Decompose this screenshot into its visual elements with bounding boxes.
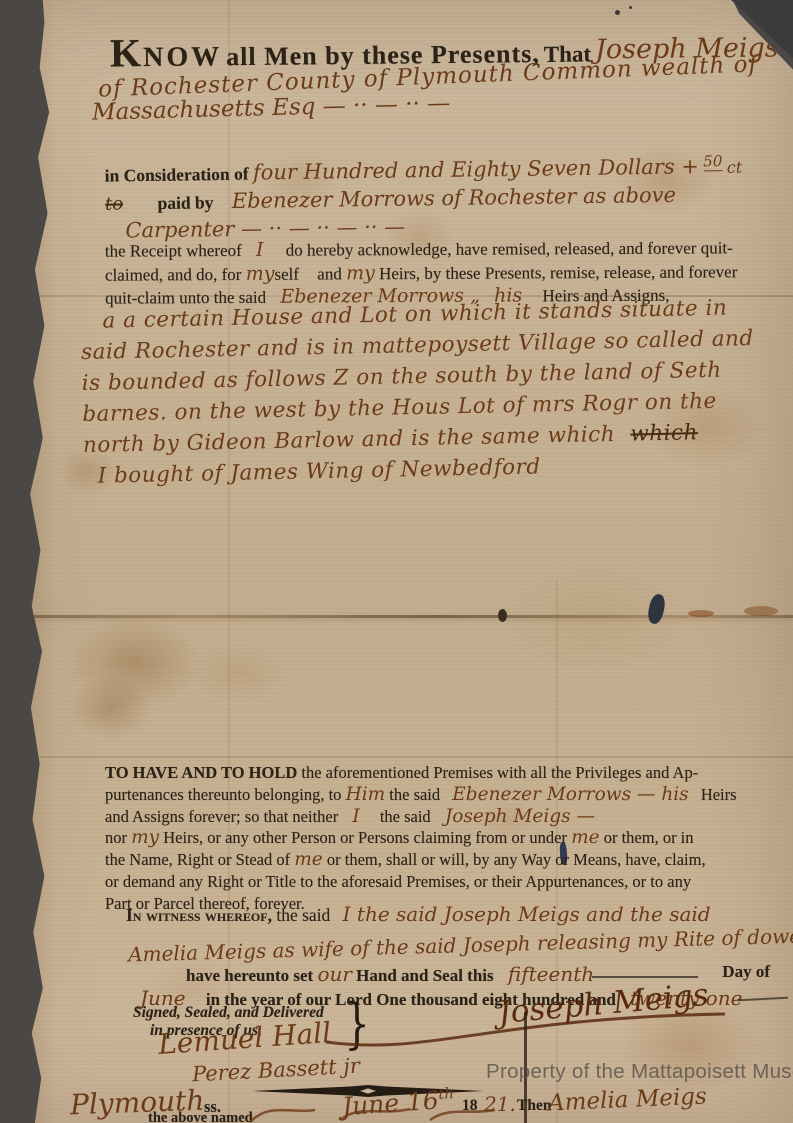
ink-blot-fold [646, 593, 667, 625]
pronoun-handwritten: my [246, 262, 275, 284]
amount-unit: ct [727, 158, 743, 177]
fold-crease-middle [0, 615, 793, 618]
grantee-name-handwritten: Ebenezer Morrows of Rochester as above [232, 183, 676, 213]
signature-flourish [320, 998, 740, 1053]
witness-handwritten: I the said Joseph Meigs and the said [343, 902, 711, 926]
pronoun-handwritten: I [352, 806, 359, 827]
receipt-text: claimed, and do, for [105, 264, 242, 284]
blank-rule-day [592, 976, 698, 978]
witness-signature-2: Perez Bassett jr [191, 1054, 360, 1087]
receipt-text: Heirs, by these Presents, remise, releas… [379, 262, 737, 283]
ink-dot-top-1 [615, 10, 620, 15]
witness-text: the said [276, 905, 330, 925]
habendum-paragraph: TO HAVE AND TO HOLD the aforementioned P… [105, 762, 725, 915]
receipt-text: do hereby acknowledge, have remised, rel… [286, 238, 733, 259]
witness-text: have hereunto set [186, 966, 313, 985]
rust-smear-1 [688, 610, 714, 617]
amount-handwritten: four Hundred and Eighty Seven Dollars + [253, 154, 699, 184]
habendum-line-6: or demand any Right or Title to the afor… [105, 871, 725, 893]
habendum-text: the Name, Right or Stead of [105, 850, 290, 869]
amount-cents: 50 [703, 152, 722, 171]
habendum-text: and Assigns forever; so that neither [105, 807, 338, 826]
to-have-and-to-hold: TO HAVE AND TO HOLD [105, 763, 297, 782]
museum-watermark: Property of the Mattapoisett Museum [486, 1060, 793, 1084]
pronoun-handwritten: my [131, 827, 159, 848]
receipt-text: and [317, 264, 342, 283]
consideration-section: in Consideration of four Hundred and Eig… [104, 147, 790, 245]
paper-sheet: KNOW all Men by these Presents, That Jos… [0, 0, 793, 1123]
pronoun-handwritten: I [256, 239, 264, 261]
fold-crease-lower [0, 756, 793, 758]
ink-dot-top-2 [629, 6, 632, 9]
witness-clause-line-1: In witness whereof, the said I the said … [126, 902, 711, 926]
habendum-text: Heirs, or any other Person or Persons cl… [163, 828, 567, 847]
paid-by-label: paid by [157, 192, 213, 213]
habendum-text: Heirs [701, 785, 737, 804]
habendum-line-4: nor my Heirs, or any other Person or Per… [105, 827, 725, 849]
know-initial: K [110, 30, 144, 75]
grantor-name-handwritten: Joseph Meigs — [445, 806, 595, 827]
blank-rule-year [738, 997, 788, 1001]
struck-word: which [630, 420, 698, 446]
property-description-handwritten: a a certain House and Lot on which it st… [80, 292, 756, 492]
receipt-text: the Receipt whereof [105, 241, 242, 261]
witness-text: Hand and Seal this [356, 966, 493, 985]
ink-blot-small [498, 609, 507, 622]
pronoun-handwritten: our [317, 962, 351, 986]
habendum-text: the said [389, 785, 440, 804]
habendum-text: purtenances thereunto belonging, to [105, 785, 341, 804]
habendum-text: the said [380, 807, 431, 826]
receipt-line-2: claimed, and do, for myself and my Heirs… [105, 260, 727, 287]
grantee-name-handwritten: Ebenezer Morrows — his [452, 784, 688, 805]
know-rest: NOW [143, 41, 222, 73]
rust-smear-2 [744, 606, 778, 616]
struck-word: to [105, 193, 123, 214]
habendum-line-1: TO HAVE AND TO HOLD the aforementioned P… [105, 762, 725, 784]
habendum-line-3: and Assigns forever; so that neither I t… [105, 806, 725, 828]
scanned-deed-photo: KNOW all Men by these Presents, That Jos… [0, 0, 793, 1123]
habendum-line-2: purtenances thereunto belonging, to Him … [105, 784, 725, 806]
consideration-intro: in Consideration of [105, 164, 249, 186]
receipt-line-1: the Receipt whereof I do hereby acknowle… [105, 236, 727, 263]
in-witness-whereof: In witness whereof, [126, 905, 272, 925]
habendum-text: nor [105, 828, 127, 847]
receipt-text: self [274, 264, 299, 283]
habendum-text: or them, shall or will, by any Way or Me… [327, 850, 706, 869]
day-handwritten: fifteenth [508, 962, 594, 986]
pronoun-handwritten: me [294, 849, 323, 870]
habendum-text: the aforementioned Premises with all the… [301, 763, 698, 782]
habendum-text: or them, or in [604, 828, 694, 847]
pronoun-handwritten: me [571, 827, 600, 848]
day-of-label: Day of [722, 962, 770, 982]
pronoun-handwritten: my [346, 262, 375, 284]
pronoun-handwritten: Him [346, 784, 386, 805]
spouse-signature: Amelia Meigs [548, 1084, 708, 1117]
cutoff-handwriting-strokes [230, 1100, 530, 1123]
habendum-line-5: the Name, Right or Stead of me or them, … [105, 849, 725, 871]
